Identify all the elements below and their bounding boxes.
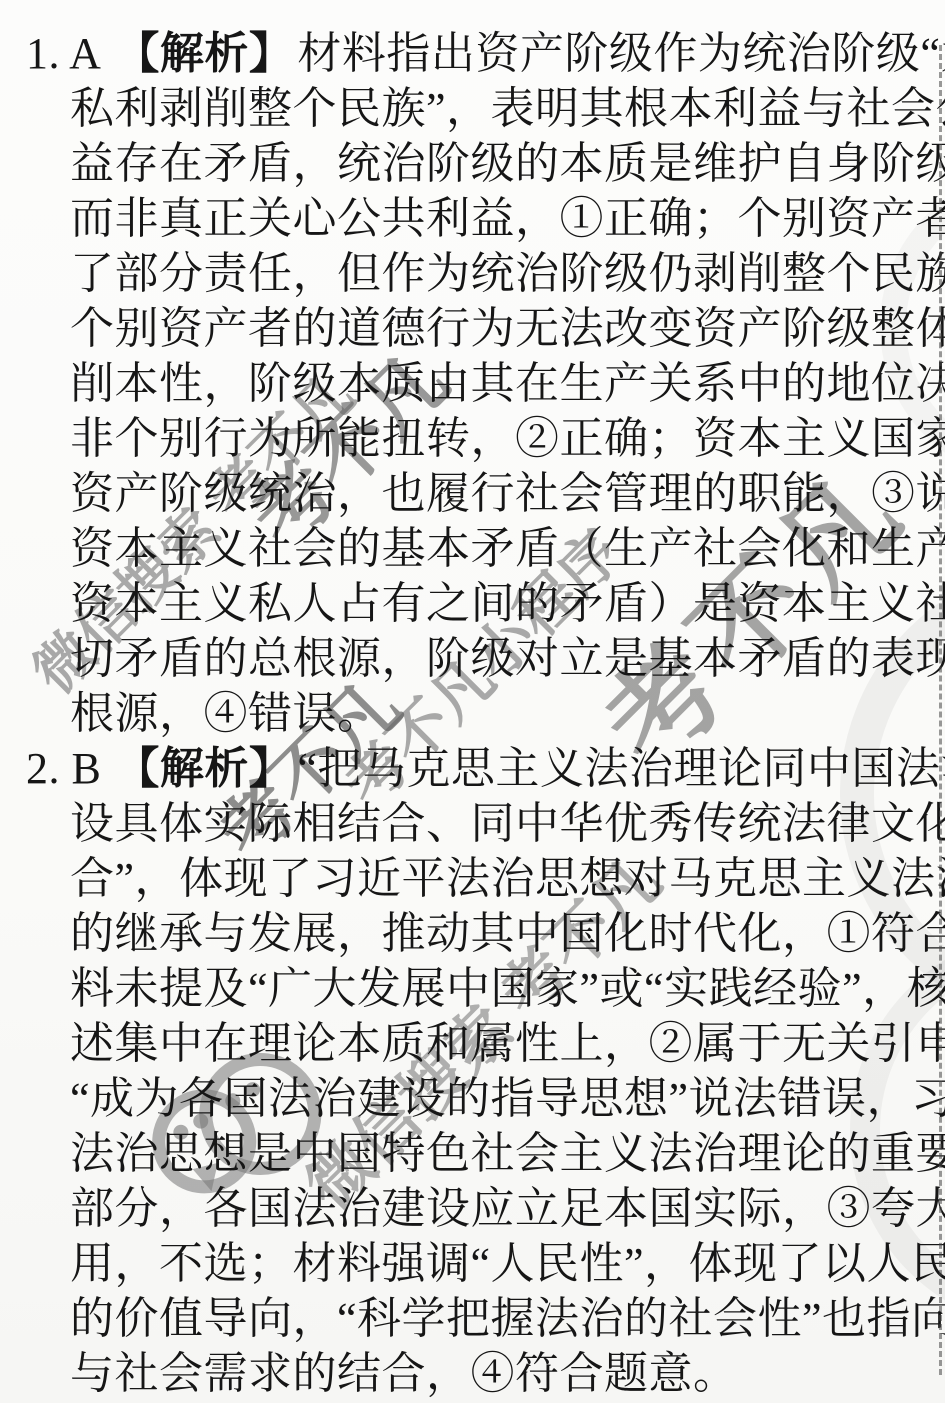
answer-line: 而非真正关心公共利益，①正确；个别资产者或许尽 bbox=[70, 191, 909, 246]
answer-line: 资本主义私人占有之间的矛盾）是资本主义社会一 bbox=[70, 576, 909, 631]
answer-line: 用，不选；材料强调“人民性”，体现了以人民为中心 bbox=[70, 1236, 909, 1291]
answer-line: 资产阶级统治，也履行社会管理的职能，③说法错误； bbox=[70, 466, 909, 521]
answer-line: 根源，④错误。 bbox=[70, 686, 909, 741]
answer-line: 的价值导向，“科学把握法治的社会性”也指向法治 bbox=[70, 1291, 909, 1346]
answer-line: 资本主义社会的基本矛盾（生产社会化和生产资料 bbox=[70, 521, 909, 576]
analysis-marker: 【解析】 bbox=[115, 744, 297, 793]
answer-line: 与社会需求的结合，④符合题意。 bbox=[70, 1346, 909, 1401]
answer-item-1: 1. A【解析】材料指出资产阶级作为统治阶级“为了 私利剥削整个民族”，表明其根… bbox=[70, 26, 909, 741]
answer-line: 非个别行为所能扭转，②正确；资本主义国家既维护 bbox=[70, 411, 909, 466]
answer-line: 法治思想是中国特色社会主义法治理论的重要组成 bbox=[70, 1126, 909, 1181]
page-edge-line bbox=[939, 45, 942, 1375]
scanned-answer-page: 微信搜索 考不凡 考不凡 考不凡 考不凡小程序 微信搜索 考不凡 考不凡 1. … bbox=[0, 0, 945, 1403]
answer-line: 私利剥削整个民族”，表明其根本利益与社会公共利 bbox=[70, 81, 909, 136]
answer-line: 合”，体现了习近平法治思想对马克思主义法治理论 bbox=[70, 851, 909, 906]
answer-number: 2. B bbox=[26, 744, 115, 793]
answer-lead-text: “把马克思主义法治理论同中国法治建 bbox=[297, 744, 945, 793]
answer-item-2: 2. B【解析】“把马克思主义法治理论同中国法治建 设具体实际相结合、同中华优秀… bbox=[70, 741, 909, 1401]
answer-number: 1. A bbox=[26, 29, 115, 78]
answer-lead-text: 材料指出资产阶级作为统治阶级“为了 bbox=[297, 29, 945, 78]
analysis-marker: 【解析】 bbox=[115, 29, 297, 78]
answer-line: 切矛盾的总根源，阶级对立是基本矛盾的表现，而非 bbox=[70, 631, 909, 686]
answer-line: 个别资产者的道德行为无法改变资产阶级整体的剥 bbox=[70, 301, 909, 356]
answer-line: 了部分责任，但作为统治阶级仍剥削整个民族，说明 bbox=[70, 246, 909, 301]
answer-line: 益存在矛盾，统治阶级的本质是维护自身阶级利益， bbox=[70, 136, 909, 191]
answer-line: 1. A【解析】材料指出资产阶级作为统治阶级“为了 bbox=[26, 26, 909, 81]
answer-line: 部分，各国法治建设应立足本国实际，③夸大了其作 bbox=[70, 1181, 909, 1236]
answer-line: 设具体实际相结合、同中华优秀传统法律文化相结 bbox=[70, 796, 909, 851]
answer-line: 述集中在理论本质和属性上，②属于无关引申，不选； bbox=[70, 1016, 909, 1071]
answer-line: 的继承与发展，推动其中国化时代化，①符合题意；材 bbox=[70, 906, 909, 961]
answer-line: 料未提及“广大发展中国家”或“实践经验”，核心论 bbox=[70, 961, 909, 1016]
answer-line: 2. B【解析】“把马克思主义法治理论同中国法治建 bbox=[26, 741, 909, 796]
answer-key-text: 1. A【解析】材料指出资产阶级作为统治阶级“为了 私利剥削整个民族”，表明其根… bbox=[0, 0, 945, 1401]
answer-line: “成为各国法治建设的指导思想”说法错误，习近平 bbox=[70, 1071, 909, 1126]
answer-line: 削本性，阶级本质由其在生产关系中的地位决定，而 bbox=[70, 356, 909, 411]
